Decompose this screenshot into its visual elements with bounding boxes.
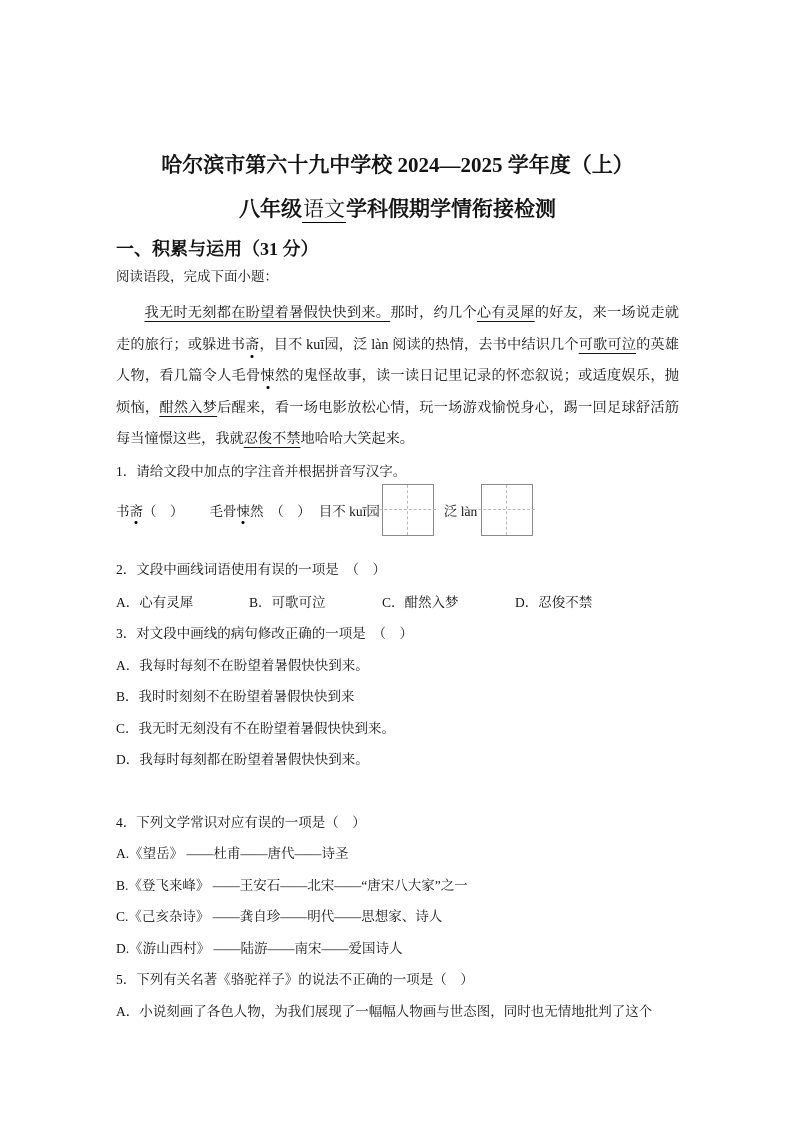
title-line-1: 哈尔滨市第六十九中学校 2024—2025 学年度（上） bbox=[116, 0, 679, 180]
text-run: 那时，约几个 bbox=[390, 305, 477, 321]
option-label: C． bbox=[382, 595, 405, 610]
question-5: 5．下列有关名著《骆驼祥子》的说法不正确的一项是（ ） bbox=[116, 964, 679, 996]
writing-box-1 bbox=[382, 484, 434, 536]
question-4: 4．下列文学常识对应有误的一项是（ ） bbox=[116, 807, 679, 839]
underlined-text: 酣然入梦 bbox=[159, 400, 217, 416]
underlined-text: 心有灵犀 bbox=[477, 305, 535, 321]
option-b: B．可歌可泣 bbox=[249, 587, 382, 619]
hanzi-item-fanlan: 泛 làn bbox=[444, 500, 477, 520]
option-text: 我每时每刻都在盼望着暑假快快到来。 bbox=[139, 752, 369, 767]
underlined-text: 忍俊不禁 bbox=[244, 431, 301, 447]
option-label: B. bbox=[116, 878, 128, 893]
option-text: 酣然入梦 bbox=[405, 595, 459, 610]
question-text: 下列文学常识对应有误的一项是（ ） bbox=[136, 815, 366, 830]
title-line-2: 八年级语文学科假期学情衔接检测 bbox=[116, 194, 679, 224]
text-run: 走的旅行；或躲进书 bbox=[116, 337, 245, 353]
text-run: 地哈哈大笑起来。 bbox=[300, 431, 414, 447]
option-text: 小说刻画了各色人物，为我们展现了一幅幅人物画与世态图，同时也无情地批判了这个 bbox=[139, 1004, 652, 1019]
option-d: D．忍俊不禁 bbox=[515, 587, 592, 619]
passage-line: 走的旅行；或躲进书斋，目不 kuī园，泛 làn 阅读的热情，去书中结识几个可歌… bbox=[116, 330, 679, 362]
option-text: 可歌可泣 bbox=[272, 595, 326, 610]
passage-line: 每当憧憬这些，我就忍俊不禁地哈哈大笑起来。 bbox=[116, 424, 679, 456]
option-a: A．心有灵犀 bbox=[116, 587, 249, 619]
text-run: 人物，看几篇令人毛骨 bbox=[116, 368, 260, 384]
pinyin-item-maogusongran: 毛骨悚然 （ ） bbox=[210, 500, 311, 520]
hanzi-item-mubukuiyuan: 目不 kuī园 bbox=[319, 500, 380, 520]
text-run: ，目不 kuī园，泛 làn 阅读的热情，去书中结识几个 bbox=[259, 337, 578, 353]
option-text: 我时时刻刻不在盼望着暑假快快到来 bbox=[139, 689, 355, 704]
question-number: 5． bbox=[116, 972, 136, 987]
passage-line: 我无时无刻都在盼望着暑假快快到来。那时，约几个心有灵犀的好友，来一场说走就 bbox=[116, 298, 679, 330]
dotted-char: 斋 bbox=[130, 504, 144, 519]
question-5-option-a: A．小说刻画了各色人物，为我们展现了一幅幅人物画与世态图，同时也无情地批判了这个 bbox=[116, 996, 679, 1028]
option-label: C. bbox=[116, 909, 128, 924]
question-number: 2． bbox=[116, 562, 136, 577]
option-text: 《登飞来峰》 ——王安石——北宋——“唐宋八大家”之一 bbox=[128, 878, 467, 893]
question-number: 3． bbox=[116, 626, 136, 641]
text-run: 书 bbox=[116, 504, 130, 519]
question-2-options: A．心有灵犀 B．可歌可泣 C．酣然入梦 D．忍俊不禁 bbox=[116, 587, 679, 619]
option-label: A． bbox=[116, 1004, 139, 1019]
question-number: 1． bbox=[116, 464, 136, 479]
question-2: 2．文段中画线词语使用有误的一项是 （ ） bbox=[116, 554, 679, 586]
title-suffix-text: 学科假期学情衔接检测 bbox=[346, 197, 556, 221]
question-3-option-a: A．我每时每刻不在盼望着暑假快快到来。 bbox=[116, 650, 679, 682]
text-run: 每当憧憬这些，我就 bbox=[116, 431, 244, 447]
title-grade-text: 八年级 bbox=[239, 197, 302, 221]
question-4-option-a: A.《望岳》 ——杜甫——唐代——诗圣 bbox=[116, 838, 679, 870]
question-text: 下列有关名著《骆驼祥子》的说法不正确的一项是（ ） bbox=[136, 972, 474, 987]
text-run: 然 （ ） bbox=[250, 504, 311, 519]
option-text: 《望岳》 ——杜甫——唐代——诗圣 bbox=[129, 846, 348, 861]
text-run: 烦恼， bbox=[116, 400, 159, 416]
question-1-answer-row: 书斋（ ） 毛骨悚然 （ ） 目不 kuī园 泛 làn bbox=[116, 485, 679, 535]
option-text: 《己亥杂诗》 ——龚自珍——明代——思想家、诗人 bbox=[128, 909, 442, 924]
dotted-char: 悚 bbox=[260, 368, 274, 384]
text-run: 的英雄 bbox=[636, 337, 679, 353]
passage-line: 人物，看几篇令人毛骨悚然的鬼怪故事，读一读日记里记录的怀恋叙说；或适度娱乐，抛却 bbox=[116, 361, 679, 393]
option-c: C．酣然入梦 bbox=[382, 587, 515, 619]
question-1: 1．请给文段中加点的字注音并根据拼音写汉字。 bbox=[116, 456, 679, 488]
option-text: 我每时每刻不在盼望着暑假快快到来。 bbox=[139, 658, 369, 673]
dotted-char: 斋 bbox=[245, 337, 259, 353]
text-run: 的好友，来一场说走就 bbox=[535, 305, 679, 321]
option-text: 忍俊不禁 bbox=[538, 595, 592, 610]
option-label: B． bbox=[116, 689, 139, 704]
question-text: 请给文段中加点的字注音并根据拼音写汉字。 bbox=[136, 464, 406, 479]
option-text: 我无时无刻没有不在盼望着暑假快快到来。 bbox=[139, 721, 396, 736]
question-3-option-c: C．我无时无刻没有不在盼望着暑假快快到来。 bbox=[116, 713, 679, 745]
question-4-option-c: C.《己亥杂诗》 ——龚自珍——明代——思想家、诗人 bbox=[116, 901, 679, 933]
subject-underlined: 语文 bbox=[302, 197, 346, 223]
question-3-option-b: B．我时时刻刻不在盼望着暑假快快到来 bbox=[116, 681, 679, 713]
underlined-text: 可歌可泣 bbox=[579, 337, 636, 353]
intro-line: 阅读语段，完成下面小题： bbox=[116, 264, 679, 290]
pinyin-item-shuzhai: 书斋（ ） bbox=[116, 500, 184, 520]
option-label: A. bbox=[116, 846, 129, 861]
question-3: 3．对文段中画线的病句修改正确的一项是 （ ） bbox=[116, 618, 679, 650]
exam-paper-page: 哈尔滨市第六十九中学校 2024—2025 学年度（上） 八年级语文学科假期学情… bbox=[0, 0, 793, 1122]
page-content: 哈尔滨市第六十九中学校 2024—2025 学年度（上） 八年级语文学科假期学情… bbox=[0, 0, 793, 1027]
question-4-option-d: D.《游山西村》 ——陆游——南宋——爱国诗人 bbox=[116, 933, 679, 965]
option-label: D． bbox=[515, 595, 538, 610]
option-label: D． bbox=[116, 752, 139, 767]
question-text: 对文段中画线的病句修改正确的一项是 （ ） bbox=[136, 626, 413, 641]
reading-passage: 我无时无刻都在盼望着暑假快快到来。那时，约几个心有灵犀的好友，来一场说走就走的旅… bbox=[116, 298, 679, 456]
option-label: B． bbox=[249, 595, 272, 610]
question-text: 文段中画线词语使用有误的一项是 （ ） bbox=[136, 562, 386, 577]
passage-line: 烦恼，酣然入梦后醒来，看一场电影放松心情，玩一场游戏愉悦身心，踢一回足球舒活筋骨… bbox=[116, 393, 679, 425]
underlined-text: 我无时无刻都在盼望着暑假快快到来。 bbox=[145, 305, 391, 321]
option-label: A． bbox=[116, 595, 139, 610]
text-run: （ ） bbox=[143, 504, 184, 519]
question-number: 4． bbox=[116, 815, 136, 830]
option-label: D. bbox=[116, 941, 129, 956]
option-text: 心有灵犀 bbox=[139, 595, 193, 610]
option-label: C． bbox=[116, 721, 139, 736]
section-heading: 一、积累与运用（31 分） bbox=[116, 236, 679, 262]
writing-box-2 bbox=[481, 484, 533, 536]
question-4-option-b: B.《登飞来峰》 ——王安石——北宋——“唐宋八大家”之一 bbox=[116, 870, 679, 902]
option-label: A． bbox=[116, 658, 139, 673]
option-text: 《游山西村》 ——陆游——南宋——爱国诗人 bbox=[129, 941, 402, 956]
text-run: 毛骨 bbox=[210, 504, 237, 519]
dotted-char: 悚 bbox=[237, 504, 251, 519]
question-3-option-d: D．我每时每刻都在盼望着暑假快快到来。 bbox=[116, 744, 679, 776]
